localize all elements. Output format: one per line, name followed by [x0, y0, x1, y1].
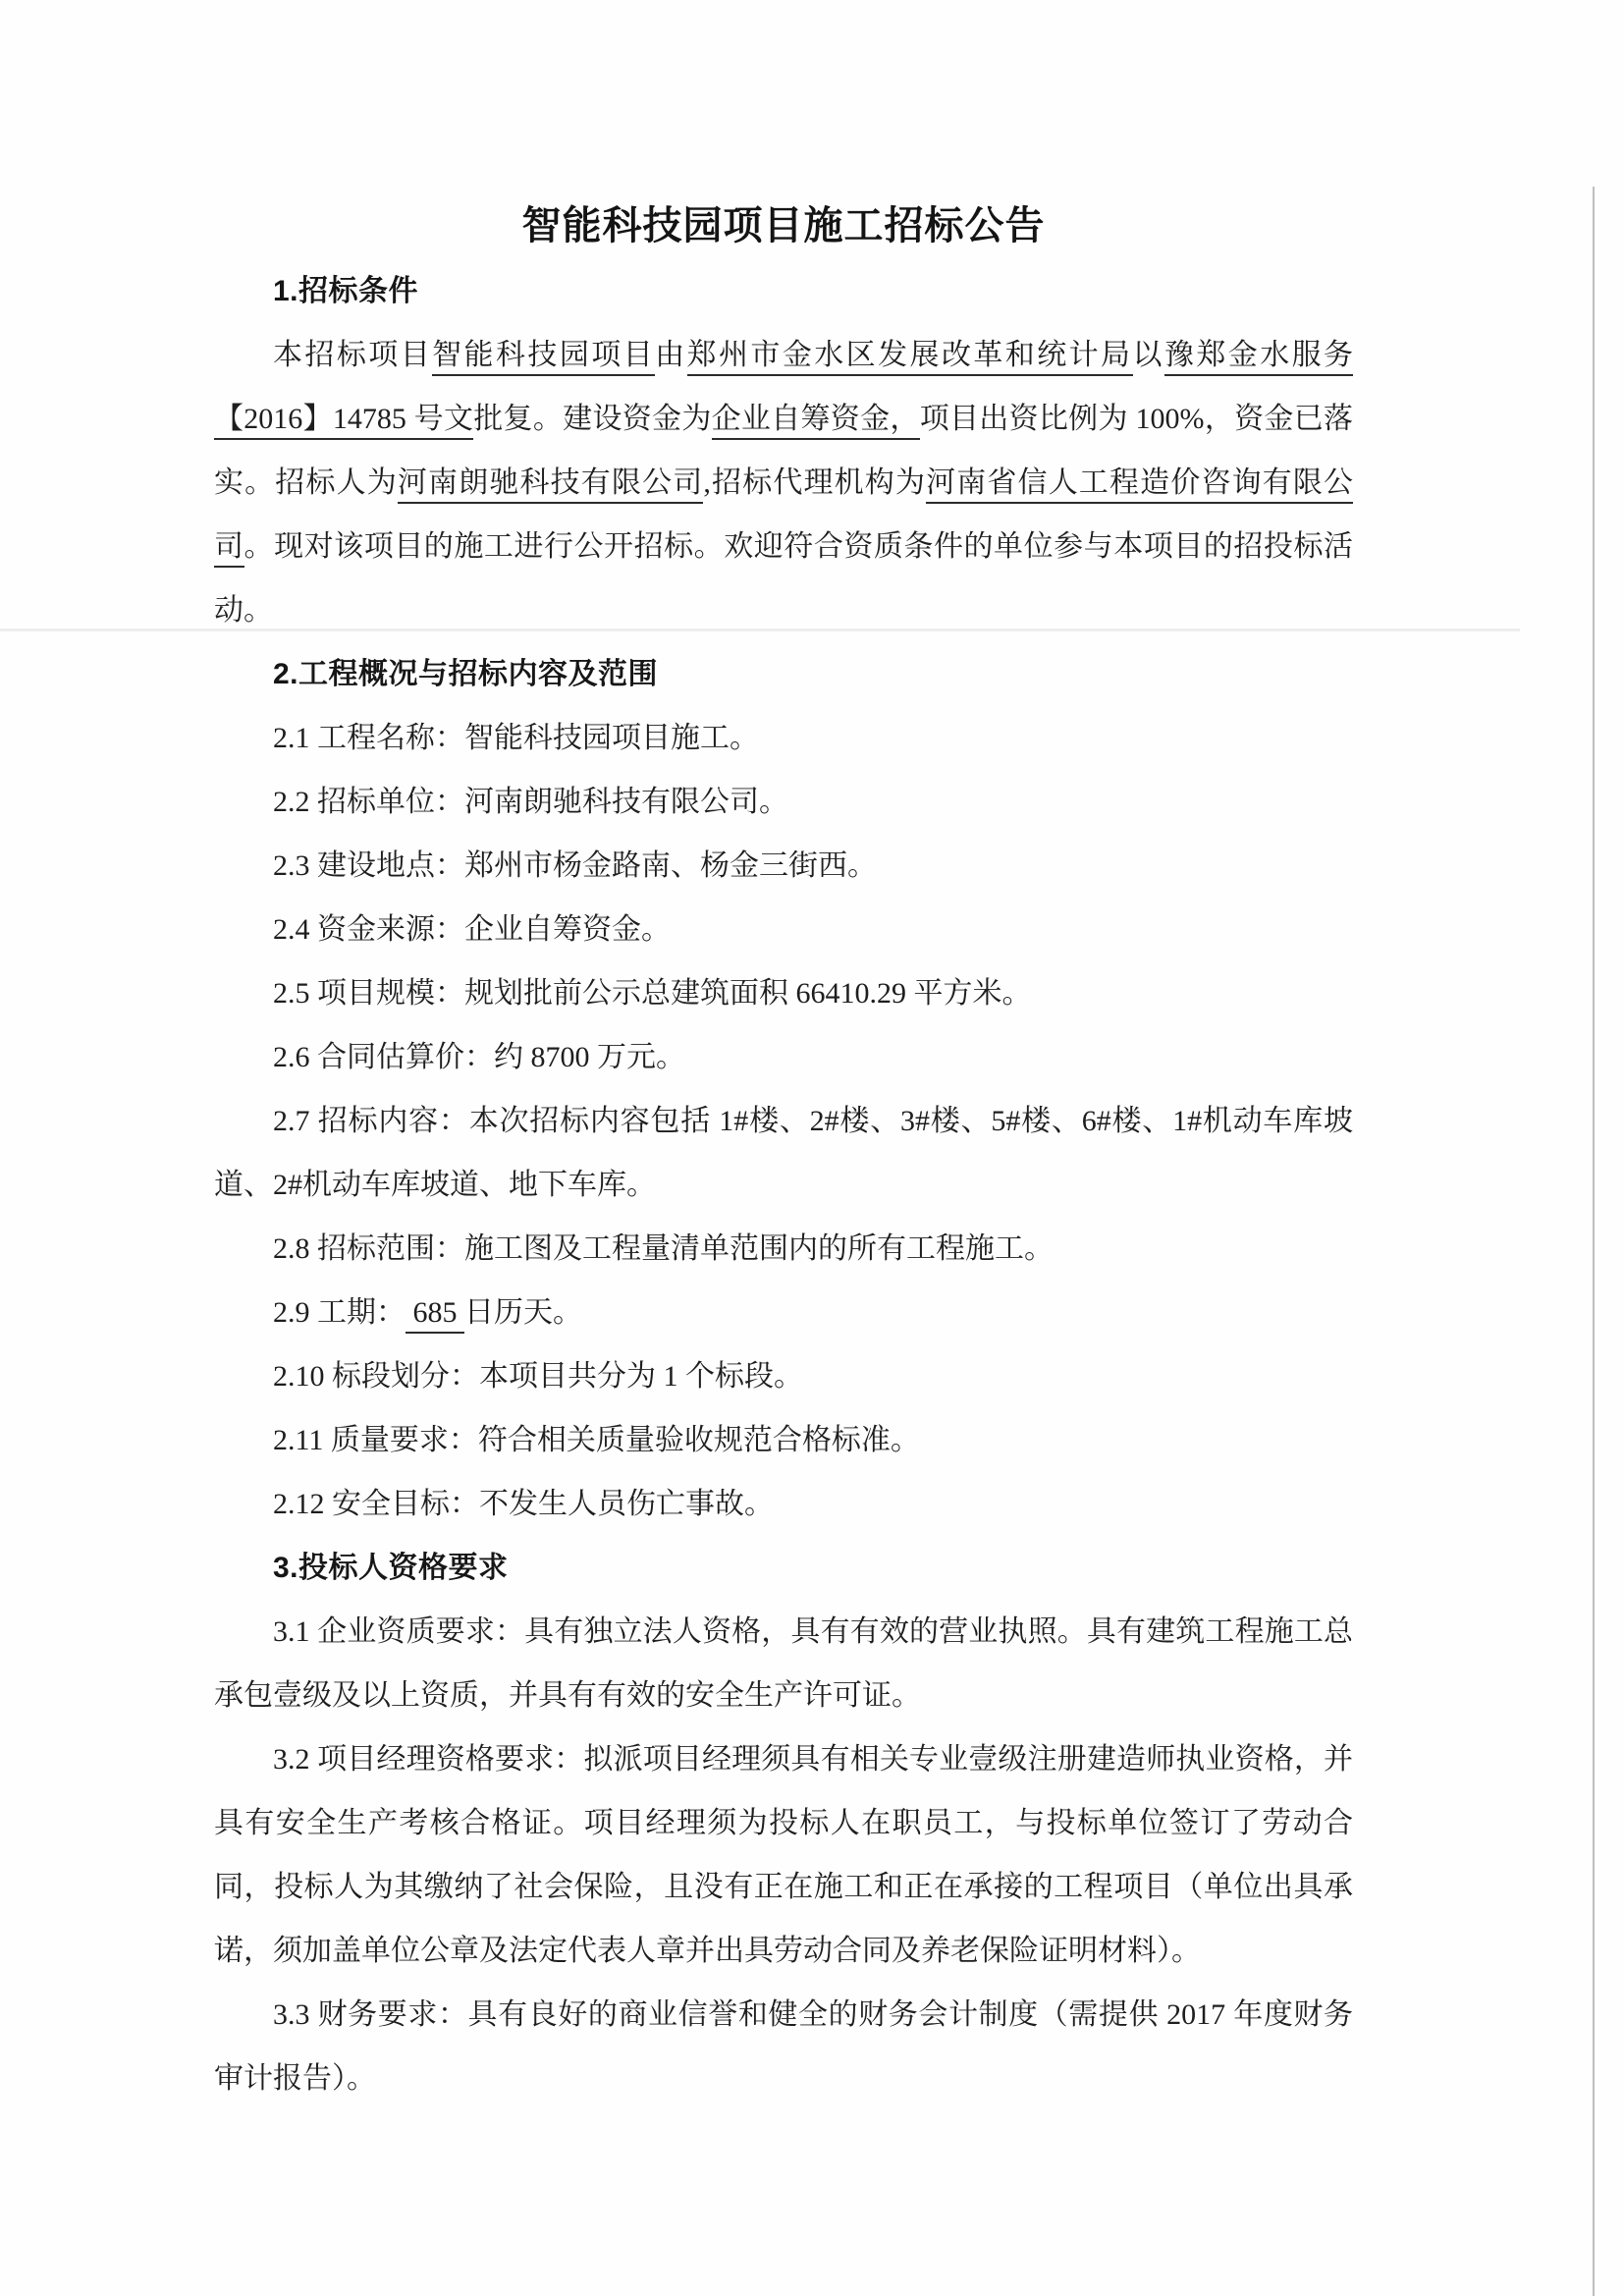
- item-2-9: 2.9 工期： 685 日历天。: [214, 1281, 1353, 1344]
- intro-paragraph: 本招标项目智能科技园项目由郑州市金水区发展改革和统计局以豫郑金水服务【2016】…: [214, 323, 1353, 642]
- intro-text: ,招标代理机构为: [703, 466, 926, 499]
- construction-period-underlined: 685: [406, 1296, 464, 1334]
- scan-artifact-vertical-line: [1593, 187, 1595, 2296]
- item-2-7: 2.7 招标内容：本次招标内容包括 1#楼、2#楼、3#楼、5#楼、6#楼、1#…: [214, 1089, 1353, 1217]
- section-3-heading: 3.投标人资格要求: [214, 1536, 1353, 1600]
- section-1-heading: 1.招标条件: [214, 259, 1353, 323]
- intro-text: 由: [655, 339, 686, 371]
- item-2-12: 2.12 安全目标：不发生人员伤亡事故。: [214, 1472, 1353, 1536]
- document-page: 智能科技园项目施工招标公告 1.招标条件 本招标项目智能科技园项目由郑州市金水区…: [0, 0, 1623, 2296]
- item-2-10: 2.10 标段划分：本项目共分为 1 个标段。: [214, 1344, 1353, 1408]
- item-2-5: 2.5 项目规模：规划批前公示总建筑面积 66410.29 平方米。: [214, 961, 1353, 1025]
- section-2-heading: 2.工程概况与招标内容及范围: [214, 642, 1353, 706]
- item-2-11: 2.11 质量要求：符合相关质量验收规范合格标准。: [214, 1408, 1353, 1472]
- item-3-1: 3.1 企业资质要求：具有独立法人资格，具有有效的营业执照。具有建筑工程施工总承…: [214, 1600, 1353, 1727]
- intro-text: 批复。建设资金为: [473, 403, 711, 435]
- item-2-2: 2.2 招标单位：河南朗驰科技有限公司。: [214, 770, 1353, 834]
- document-title: 智能科技园项目施工招标公告: [214, 192, 1353, 259]
- item-3-3: 3.3 财务要求：具有良好的商业信誉和健全的财务会计制度（需提供 2017 年度…: [214, 1983, 1353, 2110]
- intro-text: 。现对该项目的施工进行公开招标。欢迎符合资质条件的单位参与本项目的招投标活动。: [214, 530, 1353, 627]
- item-2-4: 2.4 资金来源：企业自筹资金。: [214, 898, 1353, 961]
- item-2-1: 2.1 工程名称：智能科技园项目施工。: [214, 706, 1353, 770]
- item-3-2: 3.2 项目经理资格要求：拟派项目经理须具有相关专业壹级注册建造师执业资格，并具…: [214, 1727, 1353, 1983]
- project-name-underlined: 智能科技园项目: [432, 339, 655, 376]
- document-content: 智能科技园项目施工招标公告 1.招标条件 本招标项目智能科技园项目由郑州市金水区…: [214, 192, 1353, 2110]
- item-2-6: 2.6 合同估算价：约 8700 万元。: [214, 1025, 1353, 1089]
- tenderer-name-underlined: 河南朗驰科技有限公司: [398, 466, 704, 504]
- item-2-9-label: 2.9 工期：: [273, 1296, 406, 1329]
- item-2-8: 2.8 招标范围：施工图及工程量清单范围内的所有工程施工。: [214, 1217, 1353, 1281]
- intro-text: 本招标项目: [273, 339, 432, 371]
- approval-authority-underlined: 郑州市金水区发展改革和统计局: [687, 339, 1133, 376]
- funding-source-underlined: 企业自筹资金，: [712, 403, 920, 440]
- intro-text: 以: [1133, 339, 1164, 371]
- item-2-3: 2.3 建设地点：郑州市杨金路南、杨金三街西。: [214, 834, 1353, 898]
- item-2-9-suffix: 日历天。: [464, 1296, 582, 1329]
